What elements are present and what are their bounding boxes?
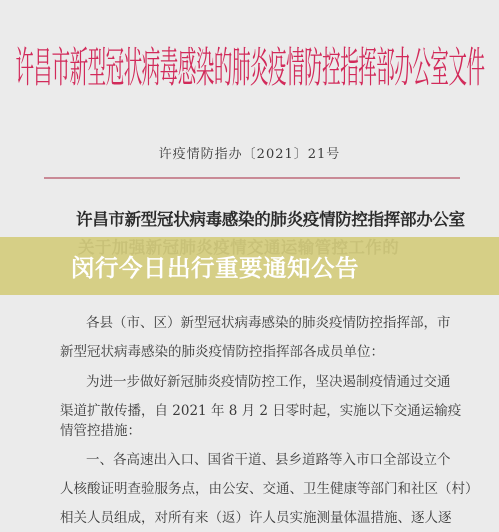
body-line: 情管控措施：	[60, 419, 141, 439]
headline-text: 闵行今日出行重要通知公告	[71, 249, 359, 283]
body-line: 渠道扩散传播，自 2021 年 8 月 2 日零时起，实施以下交通运输疫	[60, 399, 461, 419]
letterhead: 许昌市新型冠状病毒感染的肺炎疫情防控指挥部办公室文件	[0, 40, 499, 96]
body-line: 为进一步做好新冠肺炎疫情防控工作，坚决遏制疫情通过交通	[86, 370, 451, 390]
headline-banner: 闵行今日出行重要通知公告	[0, 237, 499, 295]
body-line: 一、各高速出入口、国省干道、县乡道路等入市口全部设立个	[86, 448, 451, 468]
body-line: 相关人员组成，对所有来（返）许人员实施测量体温措施、逐人逐	[60, 506, 452, 526]
body-line: 人核酸证明查验服务点，由公安、交通、卫生健康等部门和社区（村）	[60, 477, 479, 497]
body-line: 各县（市、区）新型冠状病毒感染的肺炎疫情防控指挥部，市	[86, 311, 451, 331]
red-divider-line	[44, 177, 460, 179]
document-number: 许疫情防指办〔2021〕21号	[0, 143, 499, 162]
document-title-line-1: 许昌市新型冠状病毒感染的肺炎疫情防控指挥部办公室	[76, 206, 436, 230]
letterhead-text: 许昌市新型冠状病毒感染的肺炎疫情防控指挥部办公室文件	[15, 42, 484, 94]
body-line: 新型冠状病毒感染的肺炎疫情防控指挥部各成员单位：	[60, 340, 384, 360]
